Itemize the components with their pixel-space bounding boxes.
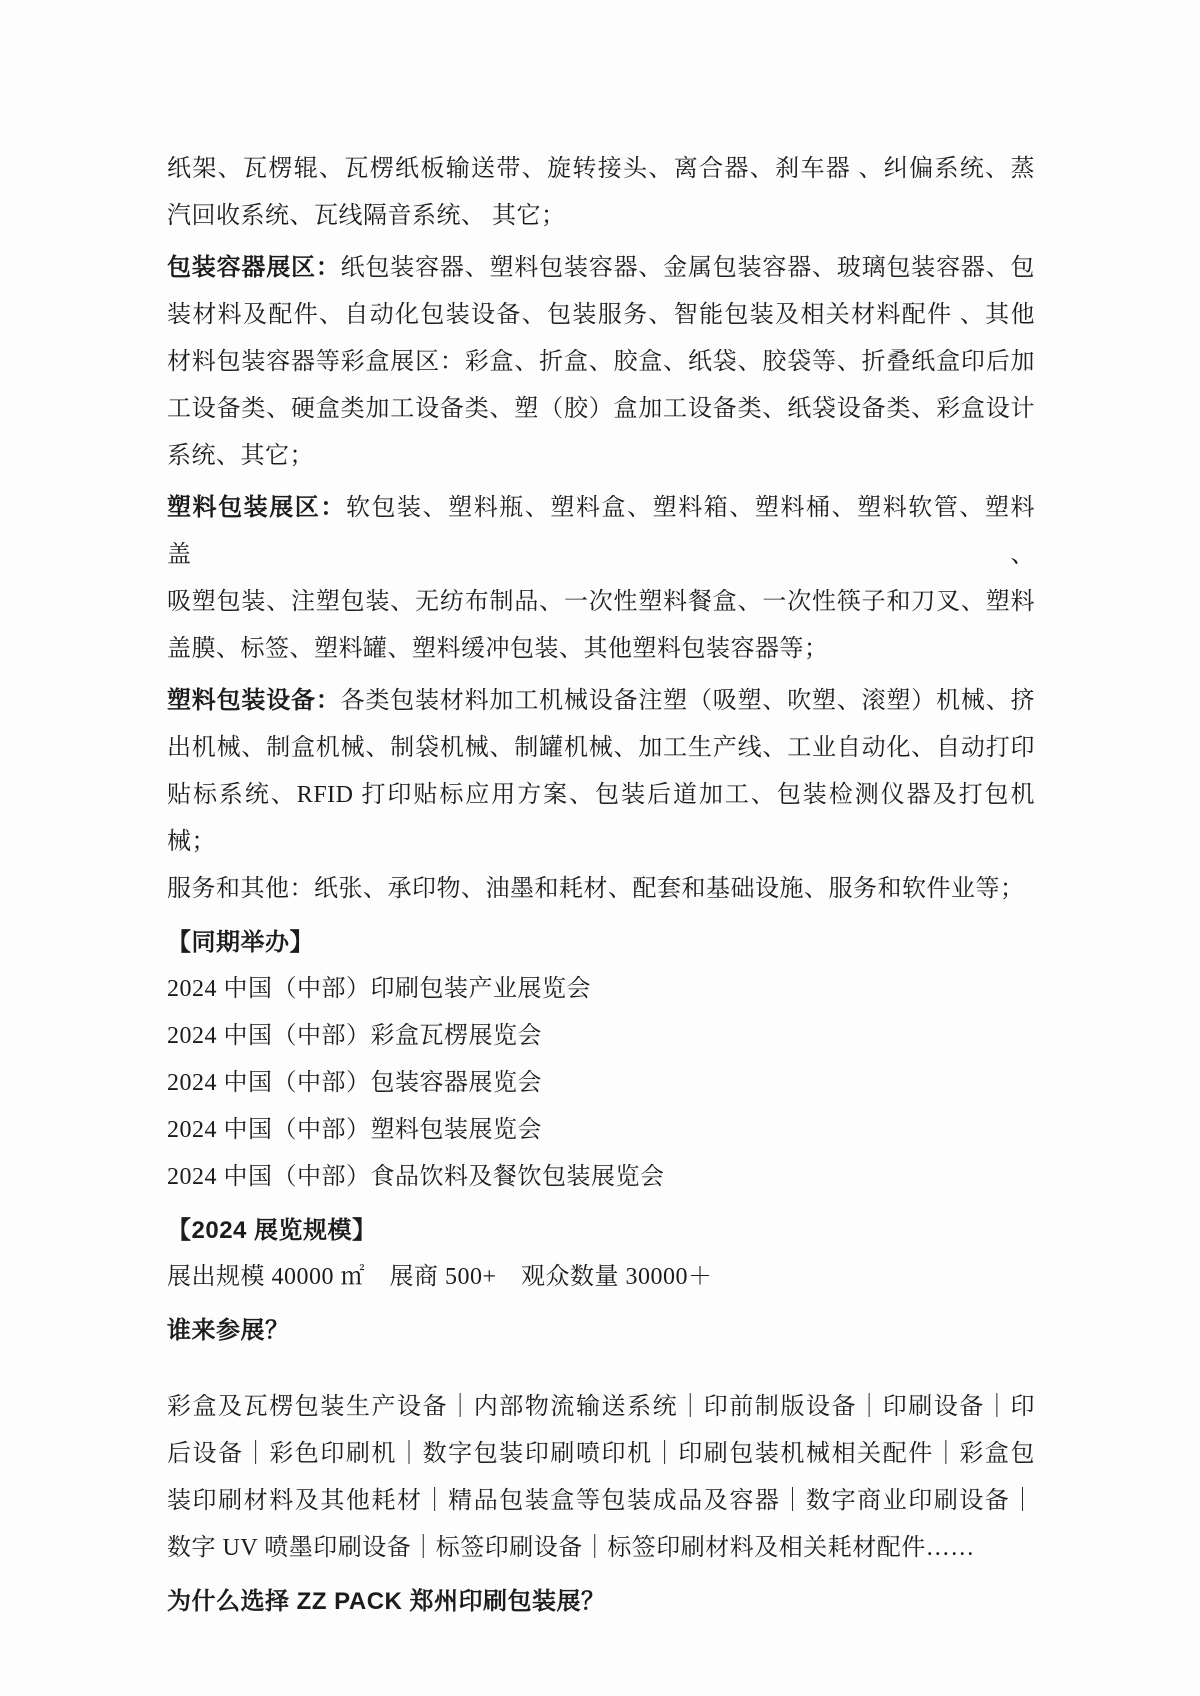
text-line: 塑料包装展区：软包装、塑料瓶、塑料盒、塑料箱、塑料桶、塑料软管、塑料盖、 [167, 484, 1035, 579]
concurrent-event-item: 2024 中国（中部）包装容器展览会 [167, 1060, 1035, 1107]
text-line: 汽回收系统、瓦线隔音系统、 其它； [167, 193, 1035, 240]
zone-title-plastic-packaging: 塑料包装展区： [167, 494, 346, 521]
heading-concurrent-events: 【同期举办】 [167, 919, 1035, 966]
exhibitor-categories-line: 数字 UV 喷墨印刷设备｜标签印刷设备｜标签印刷材料及相关耗材配件…… [167, 1525, 1035, 1572]
text-line: 贴标系统、RFID 打印贴标应用方案、包装后道加工、包装检测仪器及打包机械； [167, 772, 1035, 866]
concurrent-event-item: 2024 中国（中部）塑料包装展览会 [167, 1107, 1035, 1154]
exhibitor-categories-line: 装印刷材料及其他耗材｜精品包装盒等包装成品及容器｜数字商业印刷设备｜ [167, 1478, 1035, 1525]
heading-2024-scale: 【2024 展览规模】 [167, 1207, 1035, 1254]
heading-why-choose: 为什么选择 ZZ PACK 郑州印刷包装展？ [167, 1578, 1035, 1625]
text-line: 材料包装容器等彩盒展区：彩盒、折盒、胶盒、纸袋、胶袋等、折叠纸盒印后加 [167, 339, 1035, 386]
text-line: 装材料及配件、自动化包装设备、包装服务、智能包装及相关材料配件 、其他 [167, 292, 1035, 339]
text-line: 出机械、制盒机械、制袋机械、制罐机械、加工生产线、工业自动化、自动打印 [167, 725, 1035, 772]
scale-stats: 展出规模 40000 ㎡ 展商 500+ 观众数量 30000＋ [167, 1254, 1035, 1301]
concurrent-event-item: 2024 中国（中部）食品饮料及餐饮包装展览会 [167, 1154, 1035, 1201]
exhibitor-categories-line: 后设备｜彩色印刷机｜数字包装印刷喷印机｜印刷包装机械相关配件｜彩盒包 [167, 1431, 1035, 1478]
concurrent-event-item: 2024 中国（中部）彩盒瓦楞展览会 [167, 1013, 1035, 1060]
zone-title-packaging-containers: 包装容器展区： [167, 254, 341, 281]
text-line: 盖膜、标签、塑料罐、塑料缓冲包装、其他塑料包装容器等； [167, 626, 1035, 673]
text-line: 服务和其他：纸张、承印物、油墨和耗材、配套和基础设施、服务和软件业等； [167, 866, 1035, 913]
text-line: 工设备类、硬盒类加工设备类、塑（胶）盒加工设备类、纸袋设备类、彩盒设计 [167, 386, 1035, 433]
text-line: 包装容器展区：纸包装容器、塑料包装容器、金属包装容器、玻璃包装容器、包 [167, 244, 1035, 292]
heading-who-exhibits: 谁来参展？ [167, 1307, 1035, 1354]
text-line: 纸架、瓦楞辊、瓦楞纸板输送带、旋转接头、离合器、刹车器 、纠偏系统、蒸 [167, 146, 1035, 193]
text-line: 系统、其它； [167, 433, 1035, 480]
document-page: 纸架、瓦楞辊、瓦楞纸板输送带、旋转接头、离合器、刹车器 、纠偏系统、蒸 汽回收系… [0, 0, 1200, 1696]
concurrent-event-item: 2024 中国（中部）印刷包装产业展览会 [167, 966, 1035, 1013]
text-line: 塑料包装设备：各类包装材料加工机械设备注塑（吸塑、吹塑、滚塑）机械、挤 [167, 677, 1035, 725]
line-text: 纸包装容器、塑料包装容器、金属包装容器、玻璃包装容器、包 [341, 255, 1035, 281]
text-line: 吸塑包装、注塑包装、无纺布制品、一次性塑料餐盒、一次性筷子和刀叉、塑料 [167, 579, 1035, 626]
exhibitor-categories-line: 彩盒及瓦楞包装生产设备｜内部物流输送系统｜印前制版设备｜印刷设备｜印 [167, 1384, 1035, 1431]
line-text: 各类包装材料加工机械设备注塑（吸塑、吹塑、滚塑）机械、挤 [341, 688, 1035, 714]
zone-title-plastic-equipment: 塑料包装设备： [167, 687, 341, 714]
